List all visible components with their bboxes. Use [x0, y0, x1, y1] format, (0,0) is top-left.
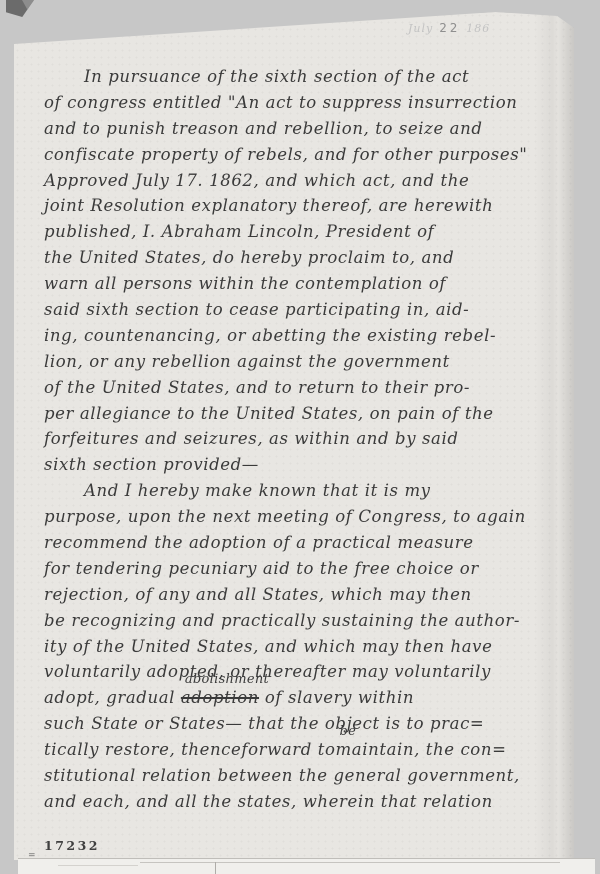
handwriting-line: confiscate property of rebels, and for o… [44, 142, 574, 168]
handwriting-segment: stitutional relation between the general… [44, 766, 520, 785]
handwriting-segment: said sixth section to cease participatin… [44, 300, 469, 319]
handwriting-line: sixth section provided— [44, 452, 574, 478]
insertion-point: abolishmentadoption [181, 685, 259, 711]
handwriting-line: In pursuance of the sixth section of the… [44, 64, 574, 90]
handwriting-line: voluntarily adopted, or thereafter may v… [44, 659, 574, 685]
handwriting-line: for tendering pecuniary aid to the free … [44, 556, 574, 582]
handwriting-line: published, I. Abraham Lincoln, President… [44, 219, 574, 245]
handwriting-segment: published, I. Abraham Lincoln, President… [44, 222, 434, 241]
handwriting-line: adopt, gradual abolishmentadoption of sl… [44, 685, 574, 711]
handwriting-segment: Approved July 17. 1862, and which act, a… [44, 171, 469, 190]
sheet-edge-line-left [58, 865, 138, 866]
handwriting-line: stitutional relation between the general… [44, 763, 574, 789]
handwriting-line: per allegiance to the United States, on … [44, 401, 574, 427]
handwriting-line: And I hereby make known that it is my [44, 478, 574, 504]
handwriting-segment: recommend the adoption of a practical me… [44, 533, 474, 552]
handwriting-segment: the United States, do hereby proclaim to… [44, 248, 454, 267]
archive-stamp: 17232 [44, 838, 100, 853]
handwriting-segment: of congress entitled "An act to suppress… [44, 93, 518, 112]
handwriting-line: such State or States— that the object is… [44, 711, 574, 737]
handwriting-line: forfeitures and seizures, as within and … [44, 426, 574, 452]
page-number: 22 [439, 20, 460, 35]
pencil-note-right: 186 [466, 22, 490, 35]
handwriting-segment: per allegiance to the United States, on … [44, 404, 494, 423]
handwriting-line: and each, and all the states, wherein th… [44, 789, 574, 815]
sheet-edge-tick [215, 862, 216, 874]
inserted-word: abolishment [185, 673, 269, 686]
handwriting-line: ity of the United States, and which may … [44, 634, 574, 660]
handwriting-segment: warn all persons within the contemplatio… [44, 274, 446, 293]
handwriting-segment: ity of the United States, and which may … [44, 637, 492, 656]
sheet-edge-line-long [140, 862, 560, 863]
handwriting-segment: rejection, of any and all States, which … [44, 585, 472, 604]
handwriting-line: and to punish treason and rebellion, to … [44, 116, 574, 142]
handwriting-segment: joint Resolution explanatory thereof, ar… [44, 196, 493, 215]
handwriting-segment: sixth section provided— [44, 455, 259, 474]
scanned-document: July22186 In pursuance of the sixth sect… [0, 0, 600, 874]
handwriting-line: tically restore, thenceforward tobe main… [44, 737, 574, 763]
handwriting-segment: maintain, the con= [336, 740, 507, 759]
handwriting-segment: tically restore, thenceforward to [44, 740, 336, 759]
corner-clip-mark [6, 0, 34, 17]
handwriting-segment: and each, and all the states, wherein th… [44, 792, 493, 811]
handwriting-line: warn all persons within the contemplatio… [44, 271, 574, 297]
handwriting-segment: be recognizing and practically sustainin… [44, 611, 520, 630]
handwriting-segment: confiscate property of rebels, and for o… [44, 145, 527, 164]
underlying-sheet-edge [18, 858, 595, 874]
handwriting-line: rejection, of any and all States, which … [44, 582, 574, 608]
corner-clip-mark-highlight [22, 0, 36, 10]
handwriting-line: of congress entitled "An act to suppress… [44, 90, 574, 116]
handwriting-segment: such State or States— that the object is… [44, 714, 484, 733]
insertion-point: be maintain, the con= [336, 737, 507, 763]
pencil-note-left: July [408, 22, 433, 35]
handwriting-line: lion, or any rebellion against the gover… [44, 349, 574, 375]
handwriting-line: of the United States, and to return to t… [44, 375, 574, 401]
handwriting-line: be recognizing and practically sustainin… [44, 608, 574, 634]
handwritten-text: In pursuance of the sixth section of the… [44, 64, 574, 815]
handwriting-segment: In pursuance of the sixth section of the… [84, 67, 469, 86]
handwriting-segment: of slavery within [259, 688, 414, 707]
handwriting-segment: for tendering pecuniary aid to the free … [44, 559, 479, 578]
handwriting-segment: adopt, gradual [44, 688, 181, 707]
handwriting-segment: And I hereby make known that it is my [84, 481, 431, 500]
handwriting-line: said sixth section to cease participatin… [44, 297, 574, 323]
handwriting-segment: forfeitures and seizures, as within and … [44, 429, 459, 448]
handwriting-segment: purpose, upon the next meeting of Congre… [44, 507, 526, 526]
handwriting-segment: ing, countenancing, or abetting the exis… [44, 326, 496, 345]
inserted-word: be [340, 725, 357, 738]
pencil-date-note: July22186 [408, 20, 568, 35]
handwriting-line: Approved July 17. 1862, and which act, a… [44, 168, 574, 194]
handwriting-line: the United States, do hereby proclaim to… [44, 245, 574, 271]
handwriting-line: purpose, upon the next meeting of Congre… [44, 504, 574, 530]
handwriting-line: ing, countenancing, or abetting the exis… [44, 323, 574, 349]
handwriting-segment: of the United States, and to return to t… [44, 378, 470, 397]
handwriting-line: joint Resolution explanatory thereof, ar… [44, 193, 574, 219]
handwriting-segment: and to punish treason and rebellion, to … [44, 119, 482, 138]
handwriting-segment: lion, or any rebellion against the gover… [44, 352, 450, 371]
struck-word: adoption [181, 688, 259, 707]
handwriting-line: recommend the adoption of a practical me… [44, 530, 574, 556]
